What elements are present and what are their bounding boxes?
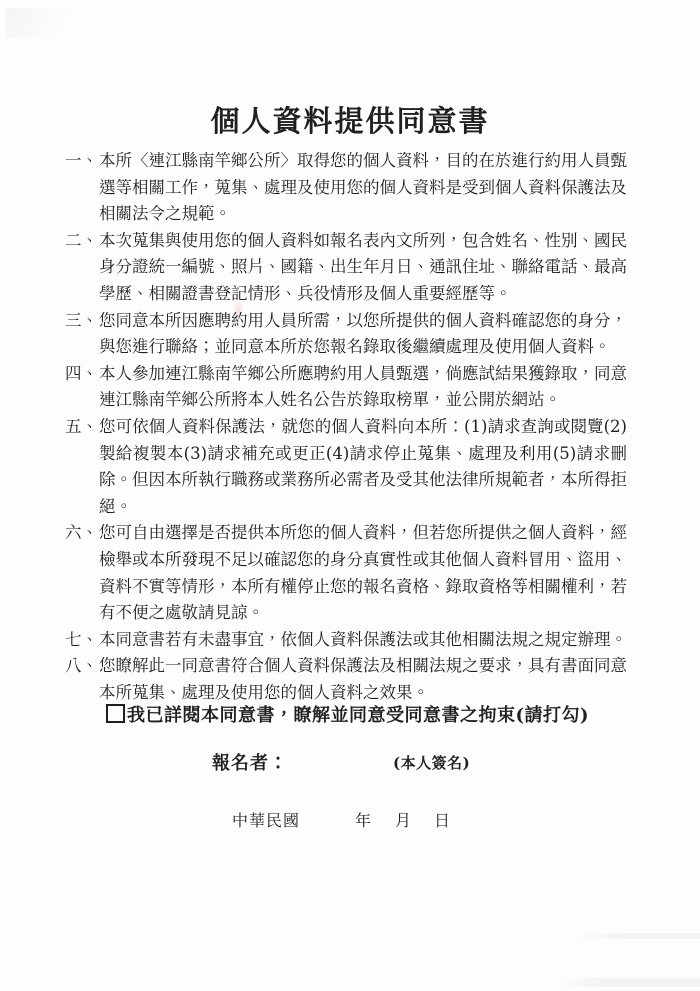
item-number: 五、 bbox=[65, 414, 99, 441]
term-item-7: 七、 本同意書若有未盡事宜，依個人資料保護法或其他相關法規之規定辦理。 bbox=[65, 627, 627, 654]
term-item-3: 三、 您同意本所因應聘約用人員所需，以您所提供的個人資料確認您的身分，與您進行聯… bbox=[65, 308, 627, 361]
applicant-row: 報名者： (本人簽名) bbox=[0, 749, 700, 775]
item-text: 本人參加連江縣南竿鄉公所應聘約用人員甄選，倘應試結果獲錄取，同意連江縣南竿鄉公所… bbox=[99, 361, 627, 414]
document-page: 個人資料提供同意書 一、 本所〈連江縣南竿鄉公所〉取得您的個人資料，目的在於進行… bbox=[0, 0, 700, 991]
item-number: 三、 bbox=[65, 308, 99, 335]
term-item-5: 五、 您可依個人資料保護法，就您的個人資料向本所：(1)請求查詢或閱覽(2)製給… bbox=[65, 414, 627, 520]
term-item-4: 四、 本人參加連江縣南竿鄉公所應聘約用人員甄選，倘應試結果獲錄取，同意連江縣南竿… bbox=[65, 361, 627, 414]
terms-list: 一、 本所〈連江縣南竿鄉公所〉取得您的個人資料，目的在於進行約用人員甄選等相關工… bbox=[65, 148, 627, 706]
document-title: 個人資料提供同意書 bbox=[0, 102, 700, 140]
item-number: 一、 bbox=[65, 148, 99, 175]
scan-streak-artifact bbox=[576, 933, 700, 939]
term-item-2: 二、 本次蒐集與使用您的個人資料如報名表內文所列，包含姓名、性別、國民身分證統一… bbox=[65, 228, 627, 308]
item-text: 本次蒐集與使用您的個人資料如報名表內文所列，包含姓名、性別、國民身分證統一編號、… bbox=[99, 228, 627, 308]
item-number: 八、 bbox=[65, 653, 99, 680]
agreement-checkbox[interactable] bbox=[106, 704, 125, 723]
item-text: 本同意書若有未盡事宜，依個人資料保護法或其他相關法規之規定辦理。 bbox=[99, 627, 627, 654]
signature-blank[interactable] bbox=[292, 751, 388, 773]
item-number: 四、 bbox=[65, 361, 99, 388]
term-item-6: 六、 您可自由選擇是否提供本所您的個人資料，但若您所提供之個人資料，經檢舉或本所… bbox=[65, 520, 627, 626]
item-text: 您可依個人資料保護法，就您的個人資料向本所：(1)請求查詢或閱覽(2)製給複製本… bbox=[99, 414, 627, 520]
date-row: 中華民國年月日 bbox=[232, 810, 451, 832]
item-text: 您瞭解此一同意書符合個人資料保護法及相關法規之要求，具有書面同意本所蒐集、處理及… bbox=[99, 653, 627, 706]
item-text: 您同意本所因應聘約用人員所需，以您所提供的個人資料確認您的身分，與您進行聯絡；並… bbox=[99, 308, 627, 361]
applicant-label: 報名者： bbox=[212, 749, 288, 775]
item-text: 您可自由選擇是否提供本所您的個人資料，但若您所提供之個人資料，經檢舉或本所發現不… bbox=[99, 520, 627, 626]
date-year-label: 年 bbox=[355, 811, 372, 830]
date-day-label: 日 bbox=[434, 811, 451, 830]
item-text: 本所〈連江縣南竿鄉公所〉取得您的個人資料，目的在於進行約用人員甄選等相關工作，蒐… bbox=[99, 148, 627, 228]
signature-note: (本人簽名) bbox=[393, 752, 470, 773]
agreement-row: 我已詳閱本同意書，瞭解並同意受同意書之拘束(請打勾) bbox=[106, 702, 646, 730]
scan-corner-artifact bbox=[6, 8, 86, 38]
scan-streak-artifact bbox=[560, 978, 700, 987]
date-month-label: 月 bbox=[395, 811, 412, 830]
term-item-8: 八、 您瞭解此一同意書符合個人資料保護法及相關法規之要求，具有書面同意本所蒐集、… bbox=[65, 653, 627, 706]
item-number: 二、 bbox=[65, 228, 99, 255]
item-number: 七、 bbox=[65, 627, 99, 654]
term-item-1: 一、 本所〈連江縣南竿鄉公所〉取得您的個人資料，目的在於進行約用人員甄選等相關工… bbox=[65, 148, 627, 228]
agreement-label: 我已詳閱本同意書，瞭解並同意受同意書之拘束(請打勾) bbox=[127, 705, 589, 726]
date-era-label: 中華民國 bbox=[232, 811, 300, 830]
item-number: 六、 bbox=[65, 520, 99, 547]
